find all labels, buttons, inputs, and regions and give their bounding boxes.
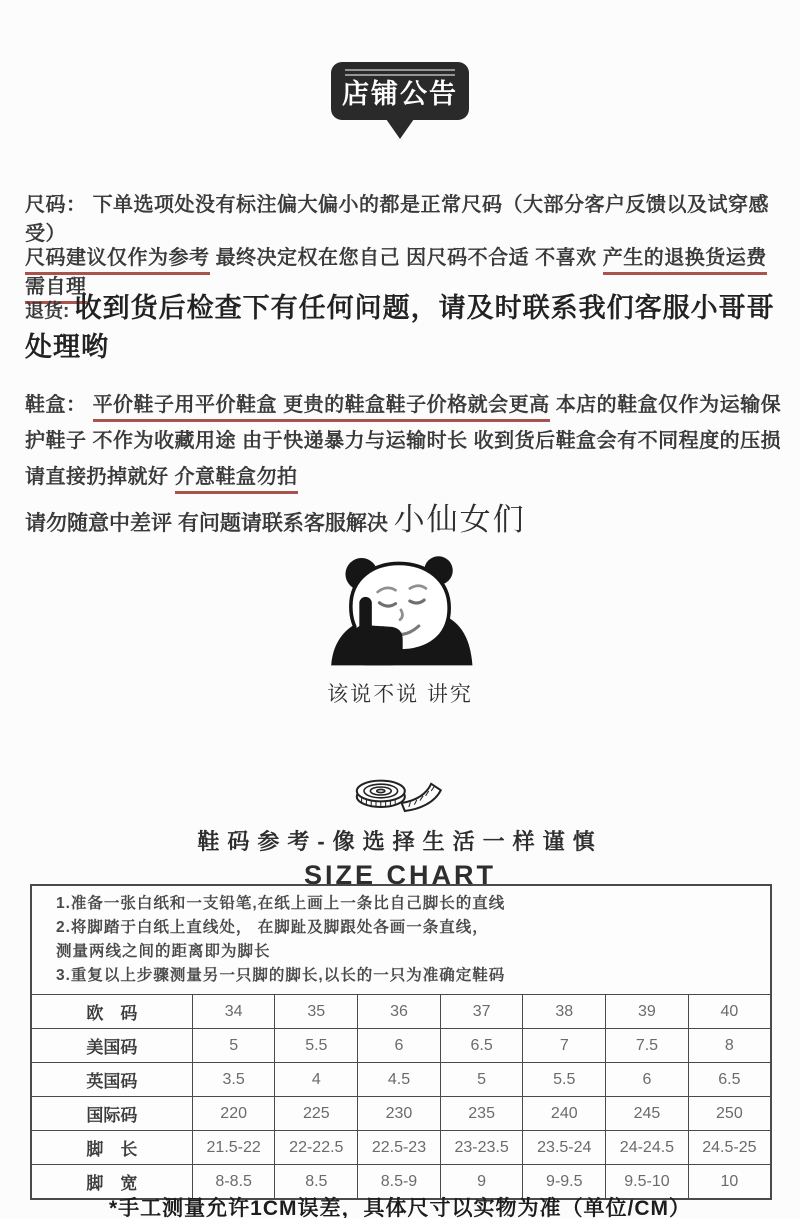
table-cell: 22-22.5 — [275, 1131, 358, 1165]
table-cell: 39 — [606, 995, 689, 1029]
table-cell: 37 — [440, 995, 523, 1029]
table-cell: 4.5 — [358, 1063, 441, 1097]
table-cell: 22.5-23 — [358, 1131, 441, 1165]
shoebox-label: 鞋盒： — [25, 394, 87, 416]
shoebox-underlined-2: 介意鞋盒勿拍 — [175, 466, 298, 494]
table-cell: 230 — [358, 1097, 441, 1131]
badge-decor-line — [345, 69, 455, 71]
table-cell: 35 — [275, 995, 358, 1029]
table-cell: 240 — [523, 1097, 606, 1131]
table-cell: 38 — [523, 995, 606, 1029]
measuring-instructions: 1.准备一张白纸和一支铅笔,在纸上画上一条比自己脚长的直线 2.将脚踏于白纸上直… — [31, 885, 771, 995]
measuring-tape-icon — [352, 774, 448, 816]
table-cell: 36 — [358, 995, 441, 1029]
review-notice: 请勿随意中差评 有问题请联系客服解决 小仙女们 — [25, 494, 787, 539]
table-cell: 5.5 — [523, 1063, 606, 1097]
announcement-badge: 店铺公告 — [0, 62, 800, 139]
table-cell: 34 — [192, 995, 275, 1029]
shoebox-notice: 鞋盒： 平价鞋子用平价鞋盒 更贵的鞋盒鞋子价格就会更高 本店的鞋盒仅作为运输保护… — [25, 387, 787, 495]
table-cell: 6 — [606, 1063, 689, 1097]
table-row-uk: 英国码 3.5 4 4.5 5 5.5 6 6.5 — [31, 1063, 771, 1097]
row-header-foot-length: 脚 长 — [31, 1131, 192, 1165]
table-cell: 235 — [440, 1097, 523, 1131]
table-cell: 23-23.5 — [440, 1131, 523, 1165]
table-cell: 40 — [688, 995, 771, 1029]
review-highlight-text: 小仙女们 — [394, 502, 526, 537]
instruction-line-4: 3.重复以上步骤测量另一只脚的脚长,以长的一只为准确定鞋码 — [56, 964, 760, 988]
announcement-badge-label: 店铺公告 — [342, 72, 458, 111]
table-cell: 245 — [606, 1097, 689, 1131]
panda-meme: 该说不说 讲究 — [0, 549, 800, 708]
measurement-footnote: *手工测量允许1CM误差，具体尺寸以实物为准（单位/CM） — [0, 1192, 800, 1218]
table-cell: 7.5 — [606, 1029, 689, 1063]
row-header-eu: 欧 码 — [31, 995, 192, 1029]
size-chart-header: 鞋码参考-像选择生活一样谨慎 SIZE CHART — [0, 774, 800, 891]
table-cell: 6.5 — [688, 1063, 771, 1097]
table-row-foot-length: 脚 长 21.5-22 22-22.5 22.5-23 23-23.5 23.5… — [31, 1131, 771, 1165]
announcement-badge-bubble: 店铺公告 — [331, 62, 469, 120]
instructions-row: 1.准备一张白纸和一支铅笔,在纸上画上一条比自己脚长的直线 2.将脚踏于白纸上直… — [31, 885, 771, 995]
instruction-line-3: 测量两线之间的距离即为脚长 — [56, 940, 760, 964]
returns-text: 收到货后检查下有任何问题，请及时联系我们客服小哥哥处理哟 — [25, 293, 775, 362]
table-cell: 6 — [358, 1029, 441, 1063]
table-cell: 220 — [192, 1097, 275, 1131]
row-header-intl: 国际码 — [31, 1097, 192, 1131]
shoebox-underlined-1: 平价鞋子用平价鞋盒 更贵的鞋盒鞋子价格就会更高 — [93, 394, 550, 422]
badge-tail-icon — [386, 119, 414, 139]
table-cell: 250 — [688, 1097, 771, 1131]
table-cell: 3.5 — [192, 1063, 275, 1097]
table-row-eu: 欧 码 34 35 36 37 38 39 40 — [31, 995, 771, 1029]
instruction-line-1: 1.准备一张白纸和一支铅笔,在纸上画上一条比自己脚长的直线 — [56, 892, 760, 916]
size-chart-table: 1.准备一张白纸和一支铅笔,在纸上画上一条比自己脚长的直线 2.将脚踏于白纸上直… — [30, 884, 772, 1200]
table-row-intl: 国际码 220 225 230 235 240 245 250 — [31, 1097, 771, 1131]
instruction-line-2: 2.将脚踏于白纸上直线处， 在脚趾及脚跟处各画一条直线， — [56, 916, 760, 940]
size-advice-middle-text: 最终决定权在您自己 因尺码不合适 不喜欢 — [216, 247, 603, 269]
size-chart-title: 鞋码参考-像选择生活一样谨慎 — [0, 825, 800, 856]
table-cell: 8 — [688, 1029, 771, 1063]
table-cell: 5 — [440, 1063, 523, 1097]
table-cell: 5 — [192, 1029, 275, 1063]
size-notice: 尺码： 下单选项处没有标注偏大偏小的都是正常尺码（大部分客户反馈以及试穿感受） — [25, 188, 787, 246]
review-text: 请勿随意中差评 有问题请联系客服解决 — [25, 512, 394, 535]
table-cell: 24.5-25 — [688, 1131, 771, 1165]
table-cell: 21.5-22 — [192, 1131, 275, 1165]
table-cell: 6.5 — [440, 1029, 523, 1063]
table-cell: 4 — [275, 1063, 358, 1097]
panda-meme-caption: 该说不说 讲究 — [0, 678, 800, 708]
badge-decor-line — [345, 74, 455, 76]
size-advice-underlined-1: 尺码建议仅作为参考 — [25, 247, 210, 275]
row-header-us: 美国码 — [31, 1029, 192, 1063]
panda-thumbs-up-icon — [324, 549, 476, 669]
table-cell: 5.5 — [275, 1029, 358, 1063]
table-row-us: 美国码 5 5.5 6 6.5 7 7.5 8 — [31, 1029, 771, 1063]
table-cell: 24-24.5 — [606, 1131, 689, 1165]
size-notice-text: 下单选项处没有标注偏大偏小的都是正常尺码（大部分客户反馈以及试穿感受） — [25, 194, 769, 245]
returns-notice: 退货: 收到货后检查下有任何问题，请及时联系我们客服小哥哥处理哟 — [25, 286, 787, 364]
table-cell: 225 — [275, 1097, 358, 1131]
store-announcement-page: 店铺公告 尺码： 下单选项处没有标注偏大偏小的都是正常尺码（大部分客户反馈以及试… — [0, 0, 800, 1218]
row-header-uk: 英国码 — [31, 1063, 192, 1097]
returns-label: 退货: — [25, 301, 69, 322]
table-cell: 23.5-24 — [523, 1131, 606, 1165]
table-cell: 7 — [523, 1029, 606, 1063]
size-notice-label: 尺码： — [25, 194, 87, 216]
